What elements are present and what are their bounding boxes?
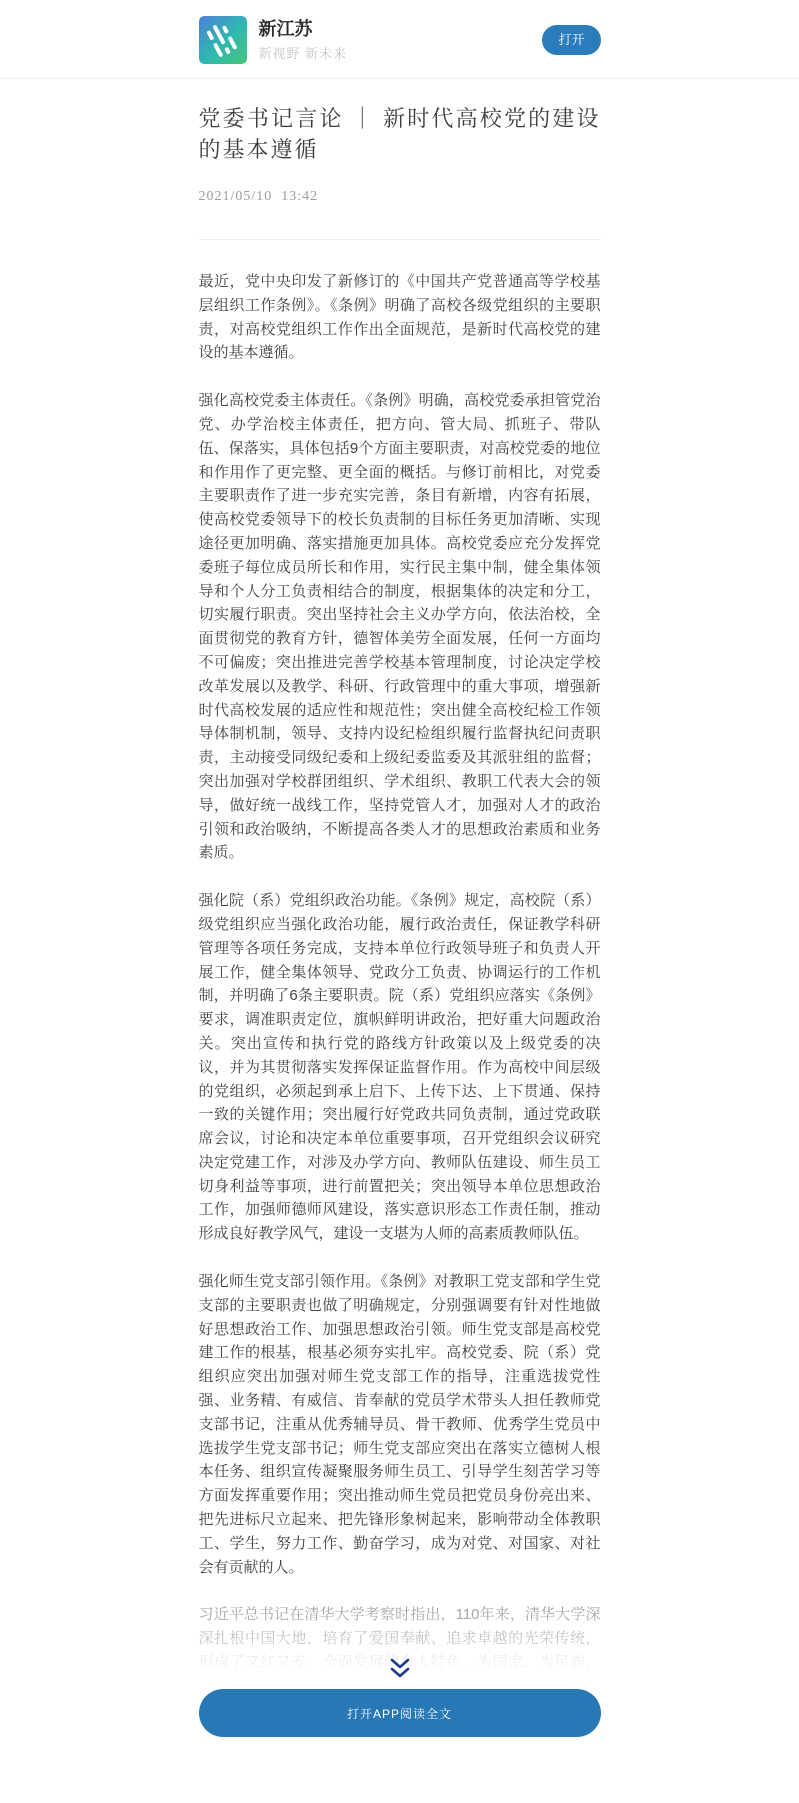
- app-name: 新江苏: [259, 18, 543, 41]
- title-body-divider: [199, 239, 601, 240]
- header-divider: [0, 78, 799, 79]
- article-timestamp: 2021/05/10 13:42: [199, 189, 601, 205]
- xinjiangsu-logo-icon: [199, 16, 247, 64]
- truncated-paragraph-container: 习近平总书记在清华大学考察时指出，110年来，清华大学深深扎根中国大地，培育了爱…: [199, 1603, 601, 1675]
- article-title: 党委书记言论 ｜ 新时代高校党的建设的基本遵循: [199, 103, 601, 165]
- paragraph-branch-leadership: 强化师生党支部引领作用。《条例》对教职工党支部和学生党支部的主要职责也做了明确规…: [199, 1270, 601, 1579]
- paragraph-department-function: 强化院（系）党组织政治功能。《条例》规定，高校院（系）级党组织应当强化政治功能，…: [199, 889, 601, 1246]
- double-chevron-down-icon[interactable]: [386, 1657, 414, 1681]
- article-body: 最近，党中央印发了新修订的《中国共产党普通高等学校基层组织工作条例》。《条例》明…: [199, 270, 601, 1675]
- paragraph-committee-responsibility: 强化高校党委主体责任。《条例》明确，高校党委承担管党治党、办学治校主体责任，把方…: [199, 389, 601, 865]
- open-app-button[interactable]: 打开: [542, 25, 600, 55]
- app-meta: 新江苏 新视野 新未来: [259, 18, 543, 63]
- app-header: 新江苏 新视野 新未来 打开: [199, 0, 601, 64]
- paragraph-intro: 最近，党中央印发了新修订的《中国共产党普通高等学校基层组织工作条例》。《条例》明…: [199, 270, 601, 365]
- bottom-spacer: [199, 1737, 601, 1803]
- app-tagline: 新视野 新未来: [259, 43, 543, 62]
- read-full-article-button[interactable]: 打开APP阅读全文: [199, 1689, 601, 1737]
